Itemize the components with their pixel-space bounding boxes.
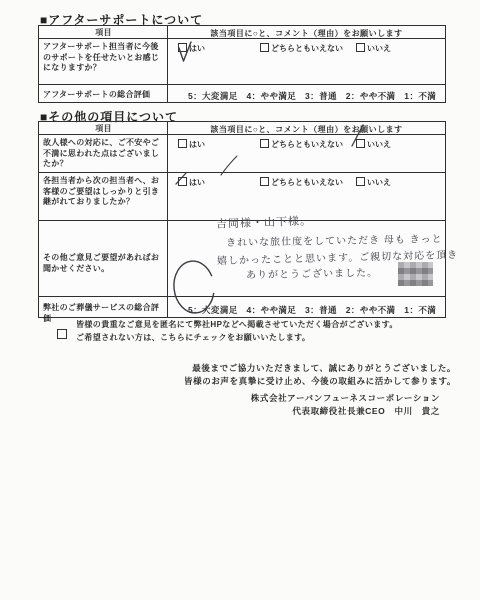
option-yes[interactable]: はい	[178, 139, 205, 150]
question-support-rating: アフターサポートの総合評価	[39, 85, 168, 102]
table-row: アフターサポート担当者に今後のサポートを任せたいとお感じになりますか？ はい ど…	[39, 38, 445, 84]
closing-message: 最後までご協力いただきまして、誠にありがとうございました。 皆様のお声を真摯に受…	[56, 362, 456, 388]
after-support-table: 項目 該当項目に○と、コメント（理由）をお願いします アフターサポート担当者に今…	[38, 25, 446, 103]
checkbox-no[interactable]	[356, 177, 365, 186]
checkbox-neutral[interactable]	[260, 43, 269, 52]
optout-note: 皆様の貴重なご意見を匿名にて弊社HPなどへ掲載させていただく場合がございます。 …	[76, 318, 446, 344]
table-header-row: 項目 該当項目に○と、コメント（理由）をお願いします	[39, 26, 445, 38]
checkbox-yes[interactable]	[178, 139, 187, 148]
company-name: 株式会社アーバンフューネスコーポレーション	[40, 392, 440, 405]
checkbox-yes[interactable]	[178, 177, 187, 186]
checkbox-no[interactable]	[356, 139, 365, 148]
handwritten-line-4: ありがとうございました。	[246, 264, 378, 281]
optout-line-1: 皆様の貴重なご意見を匿名にて弊社HPなどへ掲載させていただく場合がございます。	[76, 318, 446, 331]
handwritten-line-1: 吉岡様・山下様。	[216, 212, 312, 231]
option-neutral-label: どちらともいえない	[271, 140, 343, 149]
checkbox-no[interactable]	[356, 43, 365, 52]
optout-line-2: ご希望されない方は、こちらにチェックをお願いいたします。	[76, 331, 446, 344]
optout-checkbox[interactable]	[57, 329, 67, 339]
checkbox-neutral[interactable]	[260, 177, 269, 186]
rating-scale: 5：大変満足 4：やや満足 3：普通 2：やや不満 1：不満	[188, 90, 436, 102]
option-neutral[interactable]: どちらともいえない	[260, 177, 343, 188]
option-no[interactable]: いいえ	[356, 139, 391, 150]
question-service-rating: 弊社のご葬儀サービスの総合評価	[39, 297, 168, 317]
rating-scale-cell: 5：大変満足 4：やや満足 3：普通 2：やや不満 1：不満	[168, 85, 445, 102]
header-instruction-cell: 該当項目に○と、コメント（理由）をお願いします	[168, 122, 445, 134]
option-neutral[interactable]: どちらともいえない	[260, 43, 343, 54]
option-neutral[interactable]: どちらともいえない	[260, 139, 343, 150]
option-yes[interactable]: はい	[178, 177, 205, 188]
table-row: アフターサポートの総合評価 5：大変満足 4：やや満足 3：普通 2：やや不満 …	[39, 84, 445, 102]
checkbox-neutral[interactable]	[260, 139, 269, 148]
header-item-cell: 項目	[39, 26, 168, 38]
option-yes-label: はい	[189, 178, 205, 187]
closing-line-1: 最後までご協力いただきまして、誠にありがとうございました。	[56, 362, 456, 375]
question-deceased-care: 故人様への対応に、ご不安やご不満に思われた点はございましたか？	[39, 135, 168, 172]
option-neutral-label: どちらともいえない	[271, 44, 343, 53]
closing-line-2: 皆様のお声を真摯に受け止め、今後の取組みに活かして参ります。	[56, 375, 456, 388]
option-no-label: いいえ	[367, 178, 391, 187]
option-no[interactable]: いいえ	[356, 177, 391, 188]
question-other-comments: その他ご意見ご要望があればお聞かせください。	[39, 221, 168, 296]
option-no-label: いいえ	[367, 44, 391, 53]
ceo-name: 代表取締役社長兼CEO 中川 貴之	[40, 405, 440, 418]
answer-cell: はい どちらともいえない いいえ	[168, 39, 445, 84]
company-signature: 株式会社アーバンフューネスコーポレーション 代表取締役社長兼CEO 中川 貴之	[40, 392, 440, 417]
rating-scale: 5：大変満足 4：やや満足 3：普通 2：やや不満 1：不満	[188, 304, 436, 316]
rating-scale-cell: 5：大変満足 4：やや満足 3：普通 2：やや不満 1：不満	[168, 297, 445, 317]
option-yes-label: はい	[189, 140, 205, 149]
option-yes-label: はい	[189, 44, 205, 53]
option-neutral-label: どちらともいえない	[271, 178, 343, 187]
header-item-cell: 項目	[39, 122, 168, 134]
option-no[interactable]: いいえ	[356, 43, 391, 54]
header-instruction-cell: 該当項目に○と、コメント（理由）をお願いします	[168, 26, 445, 38]
table-header-row: 項目 該当項目に○と、コメント（理由）をお願いします	[39, 122, 445, 134]
option-yes[interactable]: はい	[178, 43, 205, 54]
question-support-future: アフターサポート担当者に今後のサポートを任せたいとお感じになりますか？	[39, 39, 168, 84]
answer-cell: はい どちらともいえない いいえ	[168, 135, 445, 172]
scanned-survey-page: ■アフターサポートについて 項目 該当項目に○と、コメント（理由）をお願いします…	[0, 0, 480, 600]
question-handover: 各担当者から次の担当者へ、お客様のご要望はしっかりと引き継がれておりましたか？	[39, 173, 168, 220]
redacted-name-block	[398, 262, 433, 286]
checkbox-yes[interactable]	[178, 43, 187, 52]
option-no-label: いいえ	[367, 140, 391, 149]
table-row: 各担当者から次の担当者へ、お客様のご要望はしっかりと引き継がれておりましたか？ …	[39, 172, 445, 220]
table-row: 弊社のご葬儀サービスの総合評価 5：大変満足 4：やや満足 3：普通 2：やや不…	[39, 296, 445, 317]
table-row: 故人様への対応に、ご不安やご不満に思われた点はございましたか？ はい どちらとも…	[39, 134, 445, 172]
